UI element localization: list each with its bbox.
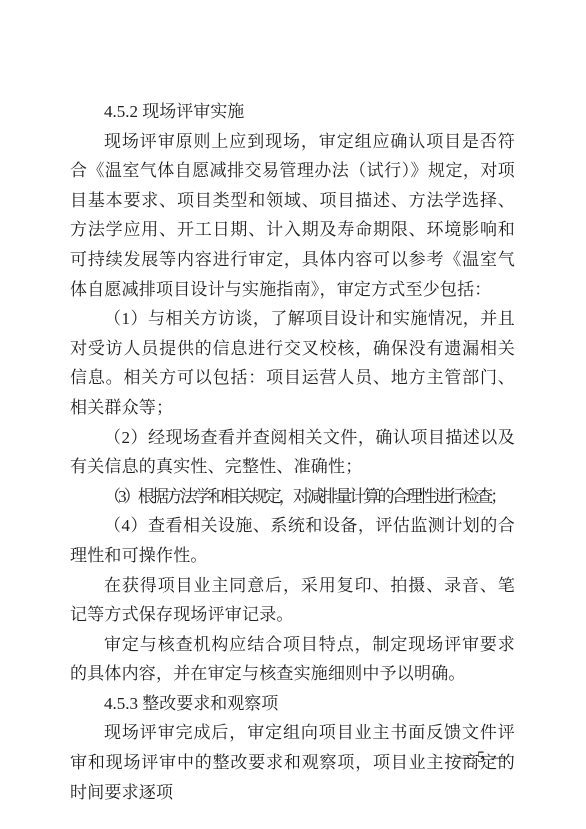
section-heading-4-5-2: 4.5.2 现场评审实施 <box>70 97 515 127</box>
section-heading-4-5-3: 4.5.3 整改要求和观察项 <box>70 689 515 719</box>
feedback-paragraph: 现场评审完成后，审定组向项目业主书面反馈文件评审和现场评审中的整改要求和观察项，… <box>70 718 515 807</box>
list-item-4: （4）查看相关设施、系统和设备，评估监测计划的合理性和可操作性。 <box>70 511 515 570</box>
agency-requirements-paragraph: 审定与核查机构应结合项目特点，制定现场评审要求的具体内容，并在审定与核查实施细则… <box>70 630 515 689</box>
record-keeping-paragraph: 在获得项目业主同意后，采用复印、拍摄、录音、笔记等方式保存现场评审记录。 <box>70 571 515 630</box>
document-page: 4.5.2 现场评审实施 现场评审原则上应到现场，审定组应确认项目是否符合《温室… <box>0 0 586 829</box>
page-number: — 5 — <box>455 745 508 771</box>
document-body: 4.5.2 现场评审实施 现场评审原则上应到现场，审定组应确认项目是否符合《温室… <box>70 97 515 807</box>
list-item-1: （1）与相关方访谈，了解项目设计和实施情况，并且对受访人员提供的信息进行交叉校核… <box>70 304 515 422</box>
intro-paragraph: 现场评审原则上应到现场，审定组应确认项目是否符合《温室气体自愿减排交易管理办法（… <box>70 127 515 305</box>
list-item-3: （3）根据方法学和相关规定，对减排量计算的合理性进行检查； <box>70 482 515 512</box>
list-item-2: （2）经现场查看并查阅相关文件，确认项目描述以及有关信息的真实性、完整性、准确性… <box>70 423 515 482</box>
